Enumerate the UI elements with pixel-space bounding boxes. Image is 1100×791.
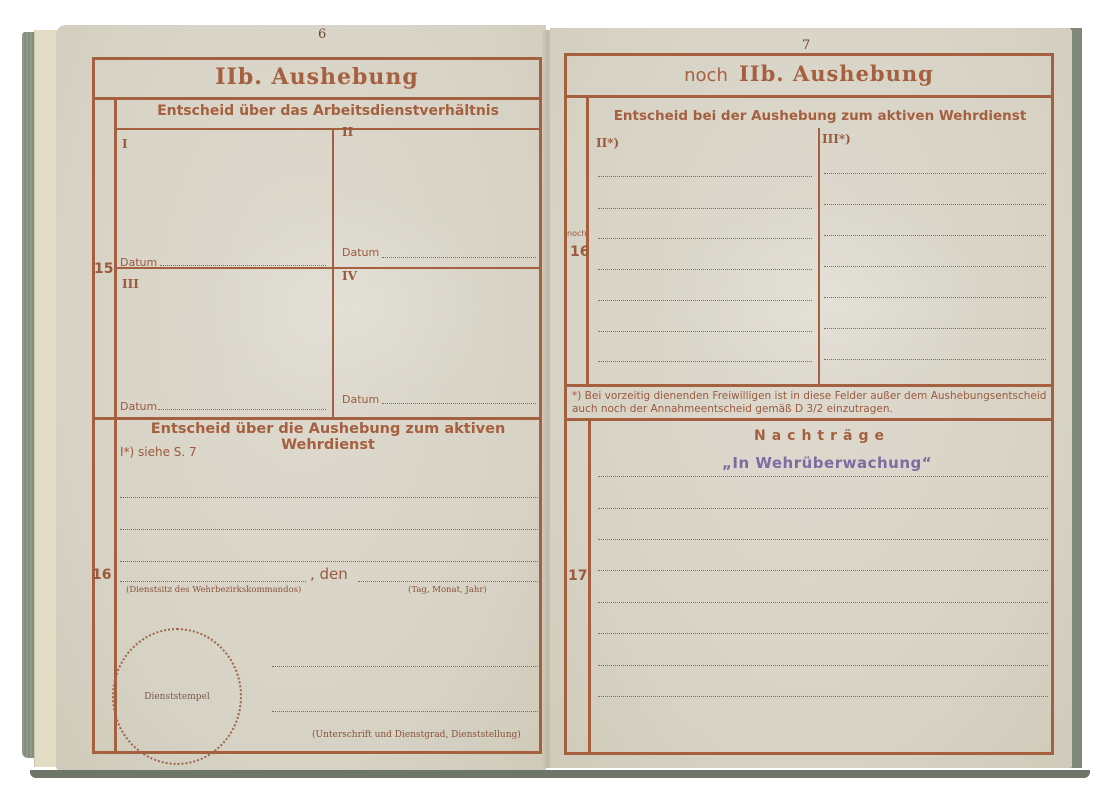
page-title: IIb. Aushebung [92,57,542,97]
cell-II-label: II [342,125,353,139]
col-II-line[interactable] [598,208,812,209]
supplement-line[interactable] [598,696,1048,697]
cell-I-label: I [122,137,128,151]
col-III-line[interactable] [824,173,1046,174]
page-number: 7 [802,38,810,53]
right-page: 7 noch IIb. Aushebung Entscheid bei der … [550,28,1072,768]
supplement-line[interactable] [598,633,1048,634]
supplement-line[interactable] [598,476,1048,477]
col-II-label: II*) [596,136,619,150]
decision-line-2[interactable] [120,529,538,530]
cell-III-label: III [122,277,139,291]
wehrueberwachung-stamp: „In Wehrüberwachung“ [722,454,932,472]
row-prefix-noch: noch [567,229,586,238]
row-number-column-divider-top [586,95,589,385]
section-15-col-divider [332,128,334,418]
title-main: IIb. Aushebung [739,61,934,86]
place-caption: (Dienstsitz des Wehrbezirkskommandos) [126,585,301,595]
col-III-line[interactable] [824,328,1046,329]
page-title: noch IIb. Aushebung [564,55,1054,95]
page-number: 6 [318,27,326,42]
col-II-line[interactable] [598,331,812,332]
place-field[interactable] [120,581,306,582]
cell-II-date-field[interactable] [382,257,536,258]
section-16-first-line: I*) siehe S. 7 [120,445,197,459]
col-III-line[interactable] [824,204,1046,205]
col-II-line[interactable] [598,300,812,301]
section-16-col-divider [818,128,820,384]
stamp-label: Dienststempel [114,692,240,702]
cell-II-date-label: Datum [342,246,379,259]
signature-line-1[interactable] [272,666,538,667]
cell-I-date-field[interactable] [160,265,326,266]
row-number-column-divider-bottom [588,418,591,755]
col-III-label: III*) [822,132,851,146]
cell-IV-date-label: Datum [342,393,379,406]
left-page: 6 IIb. Aushebung Entscheid über das Arbe… [56,25,546,770]
section-17-heading: Nachträge [590,428,1054,444]
section-15-row-divider [116,267,540,269]
supplement-line[interactable] [598,508,1048,509]
title-divider [92,97,542,100]
section-15-heading-divider [116,128,540,130]
cell-III-date-field[interactable] [158,409,326,410]
section-16-heading: Entscheid bei der Aushebung zum aktiven … [588,108,1052,124]
cell-I-date-label: Datum [120,256,157,269]
official-stamp-area: Dienststempel [112,628,242,765]
decision-line-1[interactable] [120,497,538,498]
col-II-line[interactable] [598,238,812,239]
footnote: *) Bei vorzeitig dienenden Freiwilligen … [572,390,1050,416]
row-number-16: 16 [92,567,111,583]
cell-IV-label: IV [342,269,357,283]
footnote-bottom-divider [564,418,1054,421]
supplement-line[interactable] [598,570,1048,571]
date-field[interactable] [358,581,538,582]
col-II-line[interactable] [598,176,812,177]
row-number-15: 15 [94,261,113,277]
section-15-heading: Entscheid über das Arbeitsdienstverhältn… [116,103,540,119]
col-III-line[interactable] [824,266,1046,267]
den-label: , den [310,565,348,583]
footnote-top-divider [564,384,1054,387]
section-16-divider [92,417,542,420]
decision-line-3[interactable] [120,561,538,562]
col-II-line[interactable] [598,269,812,270]
col-III-line[interactable] [824,359,1046,360]
supplement-line[interactable] [598,665,1048,666]
col-III-line[interactable] [824,235,1046,236]
cell-III-date-label: Datum [120,400,157,413]
signature-line-2[interactable] [272,711,538,712]
book-cover-bottom-edge [30,770,1090,778]
col-III-line[interactable] [824,297,1046,298]
col-II-line[interactable] [598,361,812,362]
supplement-line[interactable] [598,539,1048,540]
title-prefix: noch [684,65,728,86]
cell-IV-date-field[interactable] [382,403,536,404]
supplement-line[interactable] [598,602,1048,603]
signature-caption: (Unterschrift und Dienstgrad, Dienststel… [312,730,521,740]
date-caption: (Tag, Monat, Jahr) [408,585,487,595]
row-number-16: 16 [570,244,589,260]
row-number-17: 17 [568,568,587,584]
title-divider [564,95,1054,98]
